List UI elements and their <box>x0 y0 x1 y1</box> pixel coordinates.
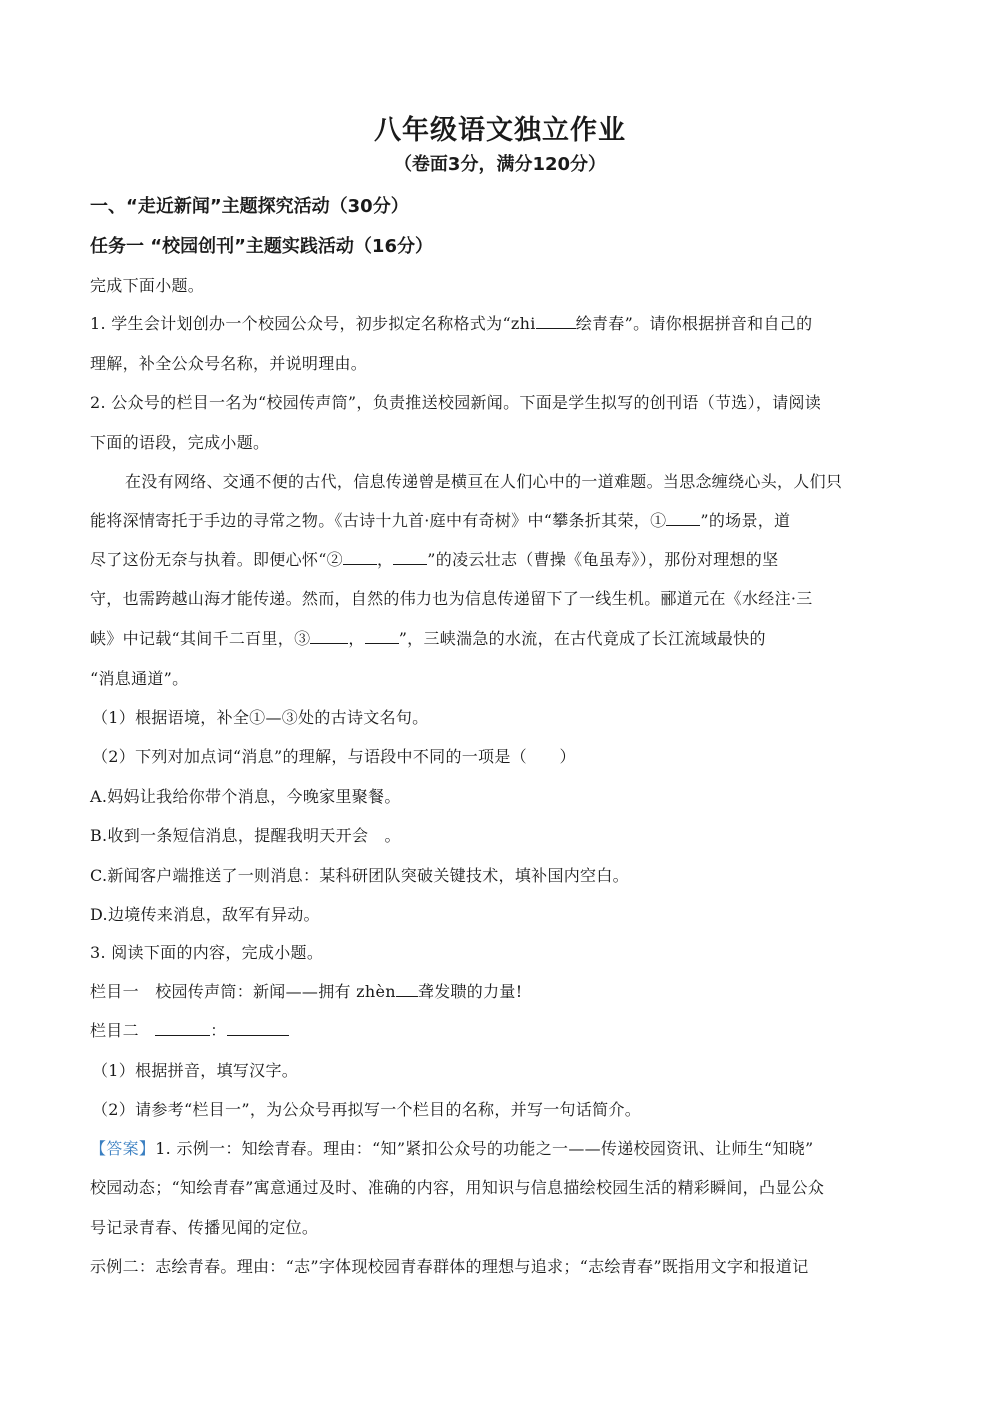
question-1-line-1: 1. 学生会计划创办一个校园公众号，初步拟定名称格式为“zhi绘青春”。请你根据… <box>90 311 920 334</box>
option-c: C.新闻客户端推送了一则消息：某科研团队突破关键技术，填补国内空白。 <box>90 863 920 886</box>
q3-subquestion-2: （2）请参考“栏目一”，为公众号再拟写一个栏目的名称，并写一句话简介。 <box>92 1097 922 1120</box>
passage-line-3: 尽了这份无奈与执着。即便心怀“②，”的凌云壮志（曹操《龟虽寿》），那份对理想的坚 <box>90 547 920 570</box>
question-2-line-2: 下面的语段，完成小题。 <box>90 430 920 453</box>
q1-text-a: 1. 学生会计划创办一个校园公众号，初步拟定名称格式为“zhi <box>90 314 536 333</box>
option-b: B.收到一条短信消息，提醒我明天开会 。 <box>90 823 920 846</box>
answer-blank <box>343 550 377 565</box>
passage-text: 尽了这份无奈与执着。即便心怀“② <box>90 550 343 569</box>
passage-line-6: “消息通道”。 <box>90 666 920 689</box>
answer-text: 1. 示例一：知绘青春。理由：“知”紧扣公众号的功能之一——传递校园资讯、让师生… <box>155 1139 813 1158</box>
question-1-line-2: 理解，补全公众号名称，并说明理由。 <box>90 351 920 374</box>
q2-subquestion-2: （2）下列对加点词“消息”的理解，与语段中不同的一项是（ ） <box>92 744 922 767</box>
option-a: A.妈妈让我给你带个消息，今晚家里聚餐。 <box>90 784 920 807</box>
question-3-line-1: 3. 阅读下面的内容，完成小题。 <box>90 940 920 963</box>
option-d: D.边境传来消息，敌军有异动。 <box>90 902 920 925</box>
answer-line-2: 校园动态；“知绘青春”寓意通过及时、准确的内容，用知识与信息描绘校园生活的精彩瞬… <box>90 1175 920 1198</box>
column-1-text: 聋发聩的力量! <box>418 982 523 1001</box>
passage-line-4: 守，也需跨越山海才能传递。然而，自然的伟力也为信息传递留下了一线生机。郦道元在《… <box>90 586 920 609</box>
passage-text: ”，三峡湍急的水流，在古代竟成了长江流域最快的 <box>399 629 766 648</box>
answer-blank <box>310 629 348 644</box>
passage-text: 峡》中记载“其间千二百里，③ <box>90 629 310 648</box>
passage-text: ， <box>348 629 364 648</box>
passage-text: ， <box>377 550 393 569</box>
answer-line-3: 号记录青春、传播见闻的定位。 <box>90 1215 920 1238</box>
answer-blank <box>536 314 576 329</box>
passage-text: ”的场景，道 <box>700 511 790 530</box>
q1-text-b: 绘青春”。请你根据拼音和自己的 <box>576 314 813 333</box>
answer-line-4: 示例二：志绘青春。理由：“志”字体现校园青春群体的理想与追求；“志绘青春”既指用… <box>90 1254 920 1277</box>
passage-text: 能将深情寄托于手边的寻常之物。《古诗十九首·庭中有奇树》中“攀条折其荣，① <box>90 511 666 530</box>
passage-line-5: 峡》中记载“其间千二百里，③，”，三峡湍急的水流，在古代竟成了长江流域最快的 <box>90 626 920 649</box>
task-heading: 任务一 “校园创刊”主题实践活动（16分） <box>90 232 433 258</box>
column-2-colon: ： <box>210 1021 226 1040</box>
answer-blank <box>155 1021 210 1036</box>
document-subtitle: （卷面3分，满分120分） <box>0 150 1000 176</box>
answer-label: 【答案】 <box>90 1139 155 1158</box>
passage-text: ”的凌云壮志（曹操《龟虽寿》），那份对理想的坚 <box>427 550 778 569</box>
answer-blank <box>666 511 700 526</box>
answer-blank <box>227 1021 289 1036</box>
answer-blank <box>396 982 418 997</box>
document-title: 八年级语文独立作业 <box>0 108 1000 147</box>
passage-line-2: 能将深情寄托于手边的寻常之物。《古诗十九首·庭中有奇树》中“攀条折其荣，①”的场… <box>90 508 920 531</box>
column-2-label: 栏目二 <box>90 1021 155 1040</box>
section-heading: 一、“走近新闻”主题探究活动（30分） <box>90 192 409 218</box>
passage-line-1: 在没有网络、交通不便的古代，信息传递曾是横亘在人们心中的一道难题。当思念缠绕心头… <box>125 469 955 492</box>
column-1-text: 栏目一 校园传声筒：新闻——拥有 zhèn <box>90 982 396 1001</box>
question-2-line-1: 2. 公众号的栏目一名为“校园传声筒”，负责推送校园新闻。下面是学生拟写的创刊语… <box>90 390 920 413</box>
answer-blank <box>393 550 427 565</box>
document-page: 八年级语文独立作业 （卷面3分，满分120分） 一、“走近新闻”主题探究活动（3… <box>0 0 1000 1414</box>
column-2: 栏目二 ： <box>90 1018 920 1041</box>
column-1: 栏目一 校园传声筒：新闻——拥有 zhèn聋发聩的力量! <box>90 979 920 1002</box>
intro-text: 完成下面小题。 <box>90 273 920 296</box>
q2-subquestion-1: （1）根据语境，补全①—③处的古诗文名句。 <box>92 705 922 728</box>
answer-line-1: 【答案】1. 示例一：知绘青春。理由：“知”紧扣公众号的功能之一——传递校园资讯… <box>90 1136 920 1159</box>
answer-blank <box>365 629 399 644</box>
q3-subquestion-1: （1）根据拼音，填写汉字。 <box>92 1058 922 1081</box>
